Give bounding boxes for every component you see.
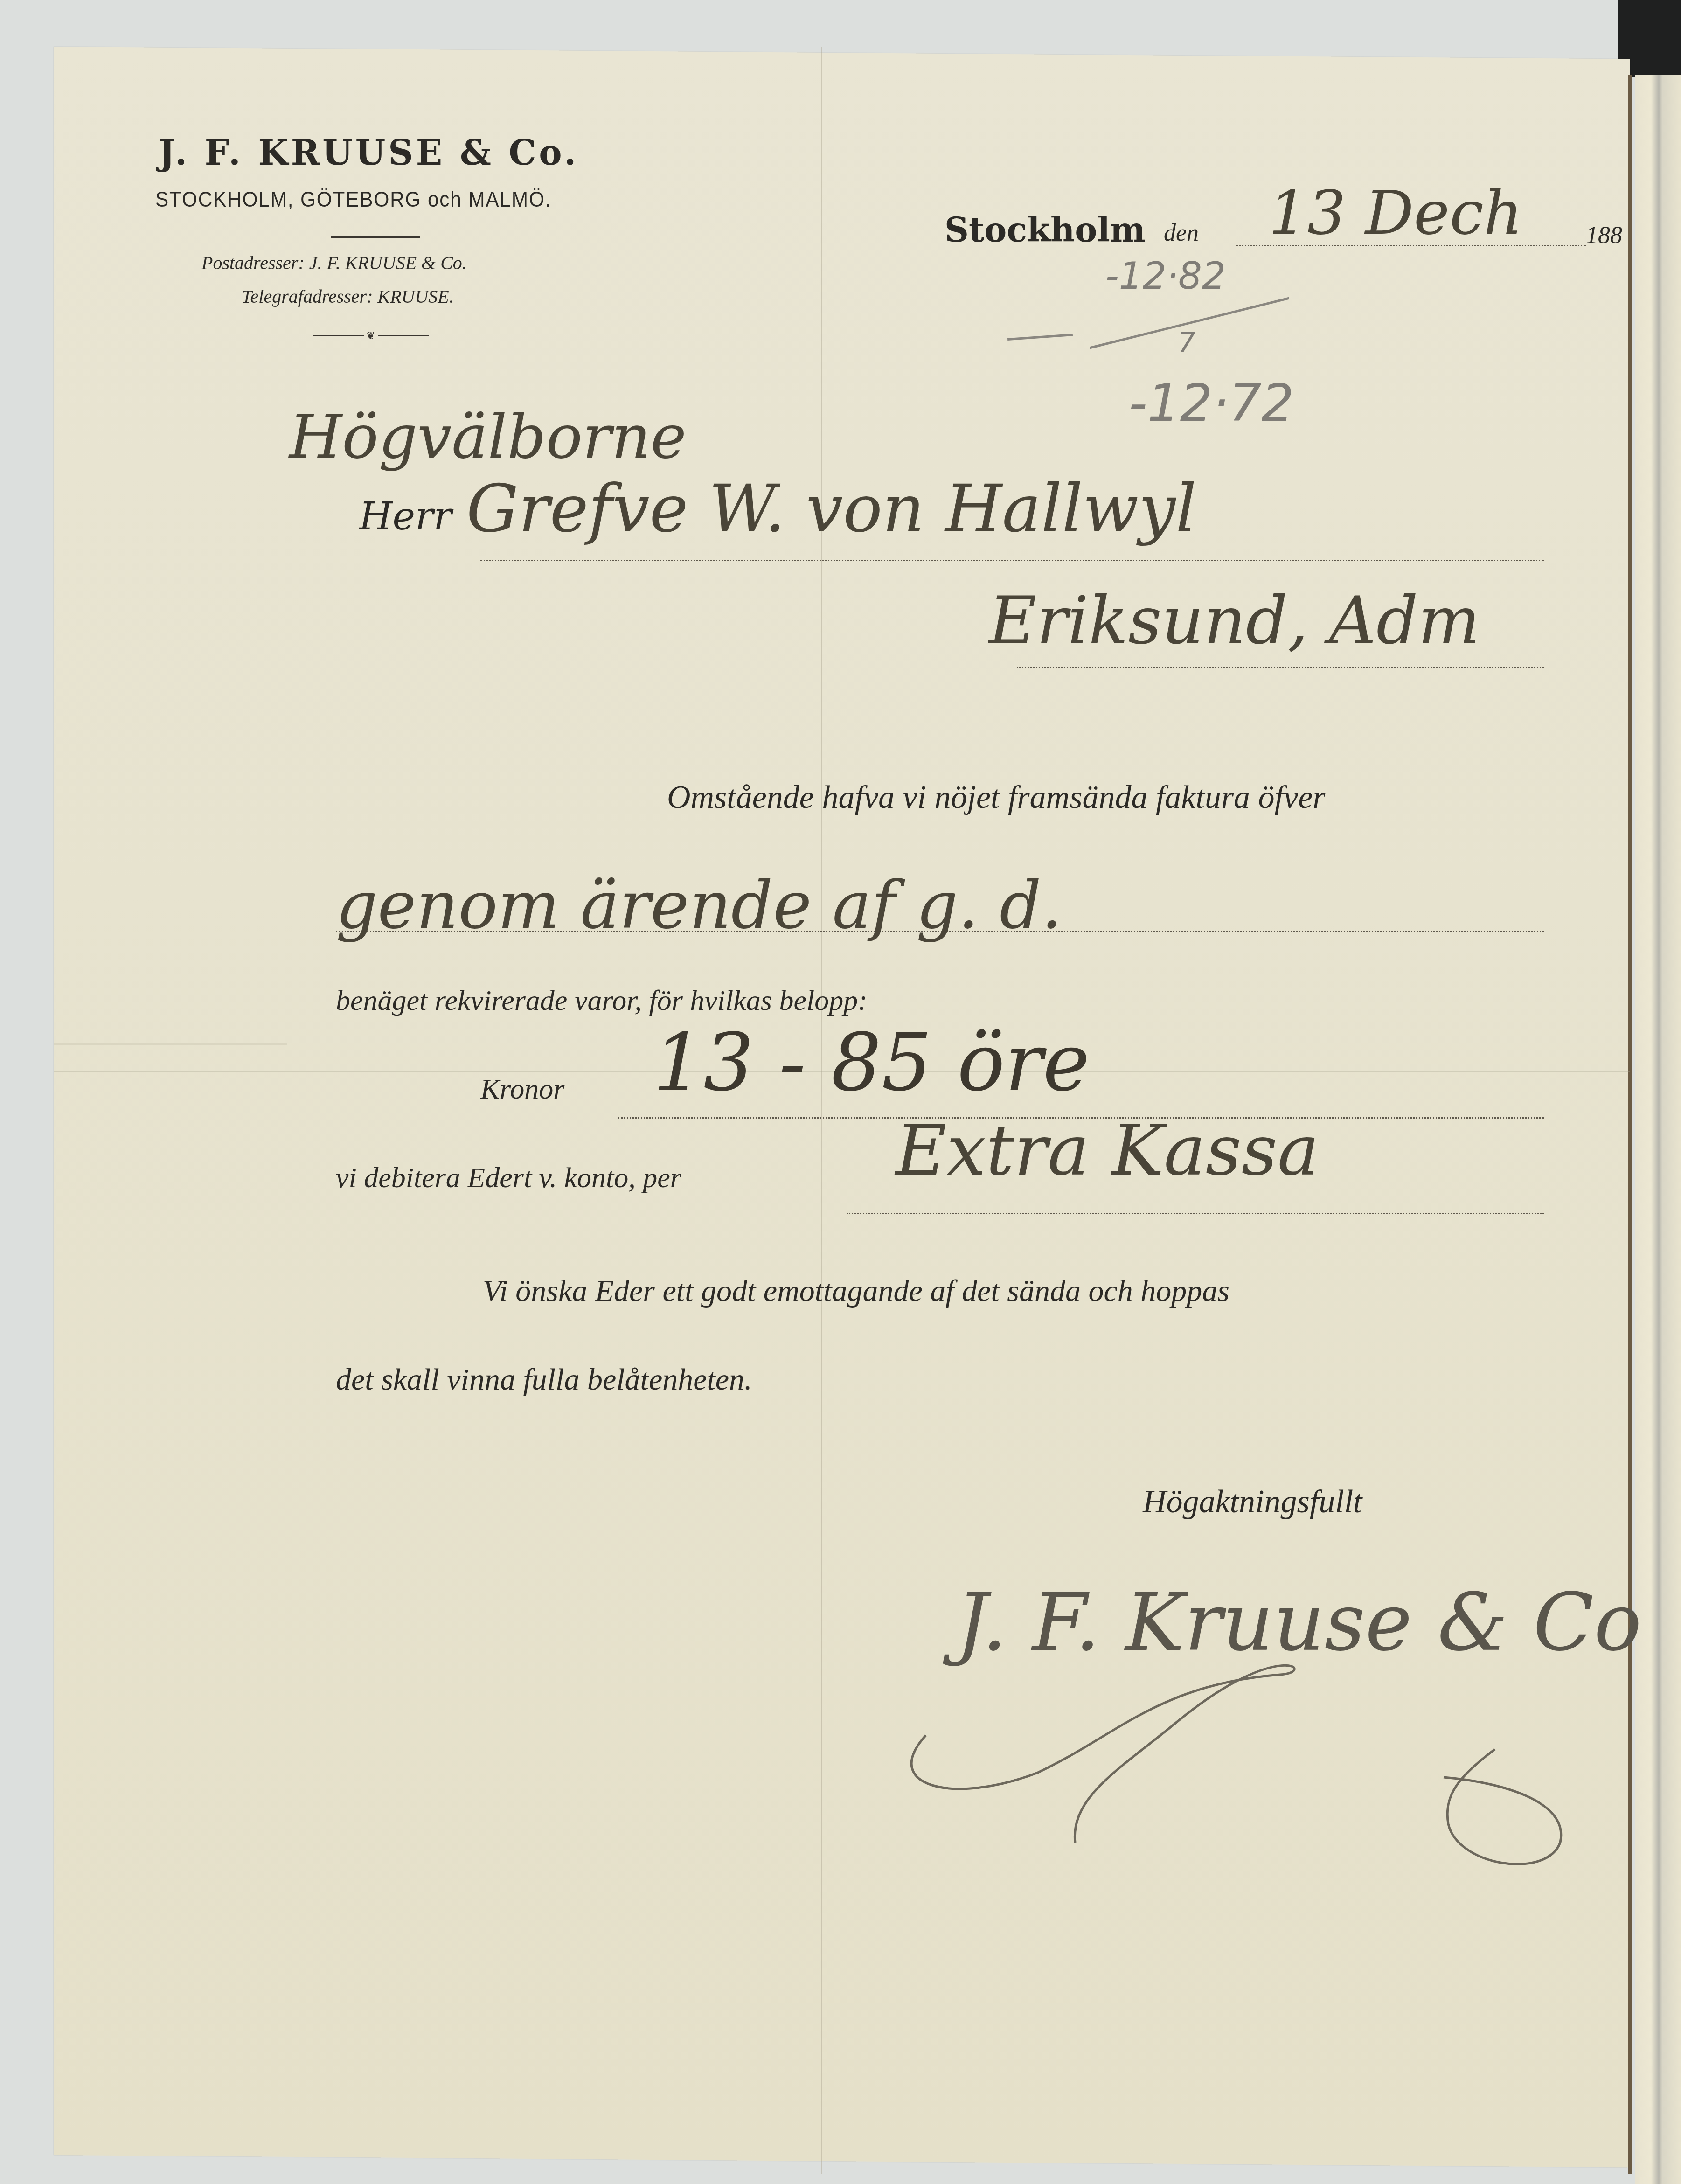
body-line-1: Omstående hafva vi nöjet framsända faktu… [667,779,1325,816]
letterhead-divider [331,236,420,238]
signature: J. F. Kruuse & Co [956,1577,1642,1669]
amount-handwritten: 13 - 85 öre [653,1017,1090,1109]
dateline-city: Stockholm [945,210,1146,250]
pencil-note-1: -12·82 [1105,254,1226,298]
dateline-year-prefix: 188 [1586,222,1622,249]
pencil-note-3: -12·72 [1129,373,1294,433]
letterhead-cities: STOCKHOLM, GÖTEBORG och MALMÖ. [155,187,551,212]
location-dotted-line [1017,667,1544,668]
body-line-3: vi debitera Edert v. konto, per [336,1162,681,1195]
handwritten-goods: genom ärende af g. d. [336,868,1062,944]
recipient-dotted-line [480,560,1544,561]
pencil-note-2: 7 [1178,327,1195,359]
recipient-location: Eriksund, Adm [989,583,1480,659]
handwritten-via: Extra Kassa [896,1110,1319,1191]
body-line-4: Vi önska Eder ett godt emottagande af de… [483,1273,1229,1309]
body-line-2: benäget rekvirerade varor, för hvilkas b… [336,984,868,1017]
amount-label: Kronor [480,1073,564,1106]
binder-strip [1635,75,1681,2184]
paper-stain [54,1043,287,1045]
handwritten-date: 13 Dech [1269,177,1522,248]
postal-address: Postadresser: J. F. KRUUSE & Co. [201,252,467,274]
via-dotted-line [847,1213,1544,1214]
body-line-5: det skall vinna fulla belåtenheten. [336,1362,752,1398]
fold-crease-vertical [821,47,822,2174]
herr-label: Herr [359,494,452,539]
recipient-name: Grefve W. von Hallwyl [466,471,1196,547]
dateline-den: den [1164,219,1199,247]
telegraph-address: Telegrafadresser: KRUUSE. [242,285,454,307]
closing: Högaktningsfullt [1143,1483,1362,1521]
ornament-divider-icon: ❦ [310,331,431,341]
letterhead-company: J. F. KRUUSE & Co. [159,133,579,173]
salutation-handwritten: Högvälborne [289,401,687,472]
